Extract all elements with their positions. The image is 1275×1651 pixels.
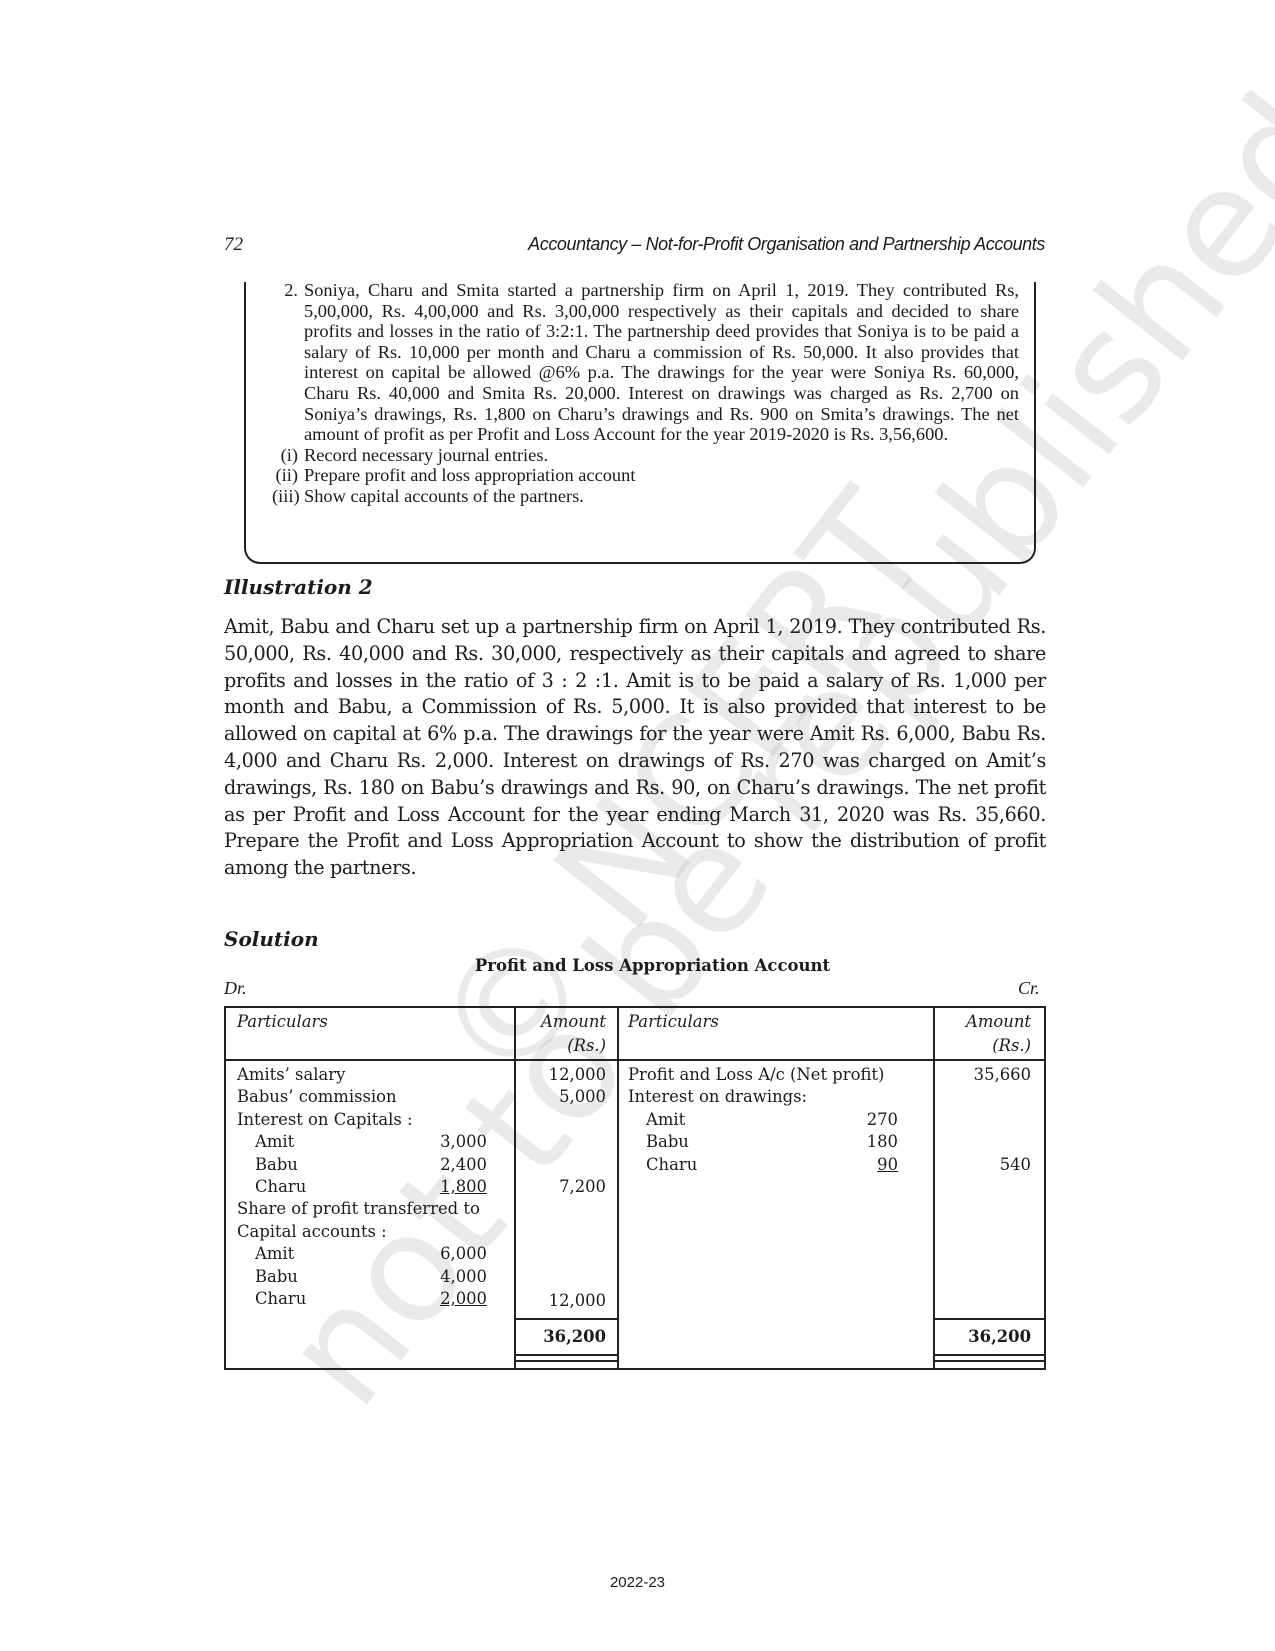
credit-row-label: Profit and Loss A/c (Net profit)	[628, 1064, 884, 1086]
appropriation-account-table: Particulars Amount (Rs.) Particulars Amo…	[224, 1006, 1046, 1370]
double-rule-debit	[515, 1354, 617, 1356]
header-amount-unit: (Rs.)	[518, 1034, 606, 1058]
debit-row-label: Interest on Capitals :	[237, 1109, 413, 1131]
header-particulars-credit: Particulars	[628, 1010, 719, 1034]
debit-row-subamount: 3,000	[407, 1131, 487, 1153]
credit-row-amount: 540	[938, 1154, 1031, 1176]
illustration-title: Illustration 2	[224, 575, 373, 599]
header-particulars-debit: Particulars	[237, 1010, 328, 1034]
debit-row-subamount: 1,800	[407, 1176, 487, 1198]
debit-row-subamount: 2,400	[407, 1154, 487, 1176]
debit-row-label: Babu	[255, 1154, 298, 1176]
header-amount-label: Amount	[518, 1010, 606, 1034]
task-text: Show capital accounts of the partners.	[304, 486, 584, 507]
credit-row-label: Babu	[646, 1131, 689, 1153]
exercise-question: 2. Soniya, Charu and Smita started a par…	[272, 280, 1019, 507]
credit-row-label: Interest on drawings:	[628, 1086, 807, 1108]
double-rule-credit	[934, 1360, 1046, 1362]
exercise-task: (iii)Show capital accounts of the partne…	[272, 486, 1019, 507]
total-rule-credit	[934, 1318, 1046, 1320]
credit-label: Cr.	[1018, 978, 1040, 999]
debit-row-amount: 7,200	[518, 1176, 606, 1198]
header-amount-unit: (Rs.)	[938, 1034, 1031, 1058]
total-rule-debit	[515, 1318, 617, 1320]
debit-row-label: Babus’ commission	[237, 1086, 397, 1108]
credit-row-amount: 35,660	[938, 1064, 1031, 1086]
footer-year: 2022-23	[0, 1574, 1275, 1591]
task-text: Prepare profit and loss appropriation ac…	[304, 465, 635, 486]
exercise-tasks: (i)Record necessary journal entries.(ii)…	[272, 445, 1019, 507]
debit-row-amount: 5,000	[518, 1086, 606, 1108]
debit-row-subamount: 4,000	[407, 1266, 487, 1288]
header-amount-debit: Amount (Rs.)	[518, 1010, 606, 1058]
column-divider	[933, 1008, 935, 1368]
credit-row-subamount: 90	[818, 1154, 898, 1176]
double-rule-credit	[934, 1354, 1046, 1356]
debit-row-label: Amit	[255, 1243, 294, 1265]
debit-row-label: Babu	[255, 1266, 298, 1288]
debit-row-amount: 12,000	[518, 1290, 606, 1312]
task-number: (iii)	[272, 486, 304, 507]
debit-row-label: Amits’ salary	[237, 1064, 345, 1086]
solution-title: Solution	[224, 927, 319, 951]
exercise-task: (ii)Prepare profit and loss appropriatio…	[272, 465, 1019, 486]
exercise-body: Soniya, Charu and Smita started a partne…	[304, 280, 1019, 445]
debit-row-label: Amit	[255, 1131, 294, 1153]
illustration-text: Amit, Babu and Charu set up a partnershi…	[224, 614, 1046, 882]
credit-row-label: Charu	[646, 1154, 697, 1176]
debit-row-amount: 12,000	[518, 1064, 606, 1086]
credit-row-subamount: 270	[818, 1109, 898, 1131]
debit-row-label: Share of profit transferred to	[237, 1198, 480, 1220]
exercise-number: 2.	[272, 280, 304, 445]
header-separator	[226, 1059, 1044, 1061]
credit-row-subamount: 180	[818, 1131, 898, 1153]
running-title: Accountancy – Not-for-Profit Organisatio…	[528, 234, 1045, 255]
page-number: 72	[224, 234, 243, 256]
debit-label: Dr.	[224, 978, 247, 999]
debit-total: 36,200	[518, 1326, 606, 1348]
header-amount-label: Amount	[938, 1010, 1031, 1034]
debit-row-subamount: 2,000	[407, 1288, 487, 1310]
header-amount-credit: Amount (Rs.)	[938, 1010, 1031, 1058]
credit-row-label: Amit	[646, 1109, 685, 1131]
task-number: (ii)	[272, 465, 304, 486]
column-divider	[617, 1008, 619, 1368]
debit-row-label: Capital accounts :	[237, 1221, 387, 1243]
debit-row-label: Charu	[255, 1288, 306, 1310]
double-rule-debit	[515, 1360, 617, 1362]
column-divider	[514, 1008, 516, 1368]
task-text: Record necessary journal entries.	[304, 445, 548, 466]
exercise-task: (i)Record necessary journal entries.	[272, 445, 1019, 466]
credit-total: 36,200	[938, 1326, 1031, 1348]
account-title: Profit and Loss Appropriation Account	[0, 956, 1275, 975]
debit-row-label: Charu	[255, 1176, 306, 1198]
task-number: (i)	[272, 445, 304, 466]
debit-row-subamount: 6,000	[407, 1243, 487, 1265]
